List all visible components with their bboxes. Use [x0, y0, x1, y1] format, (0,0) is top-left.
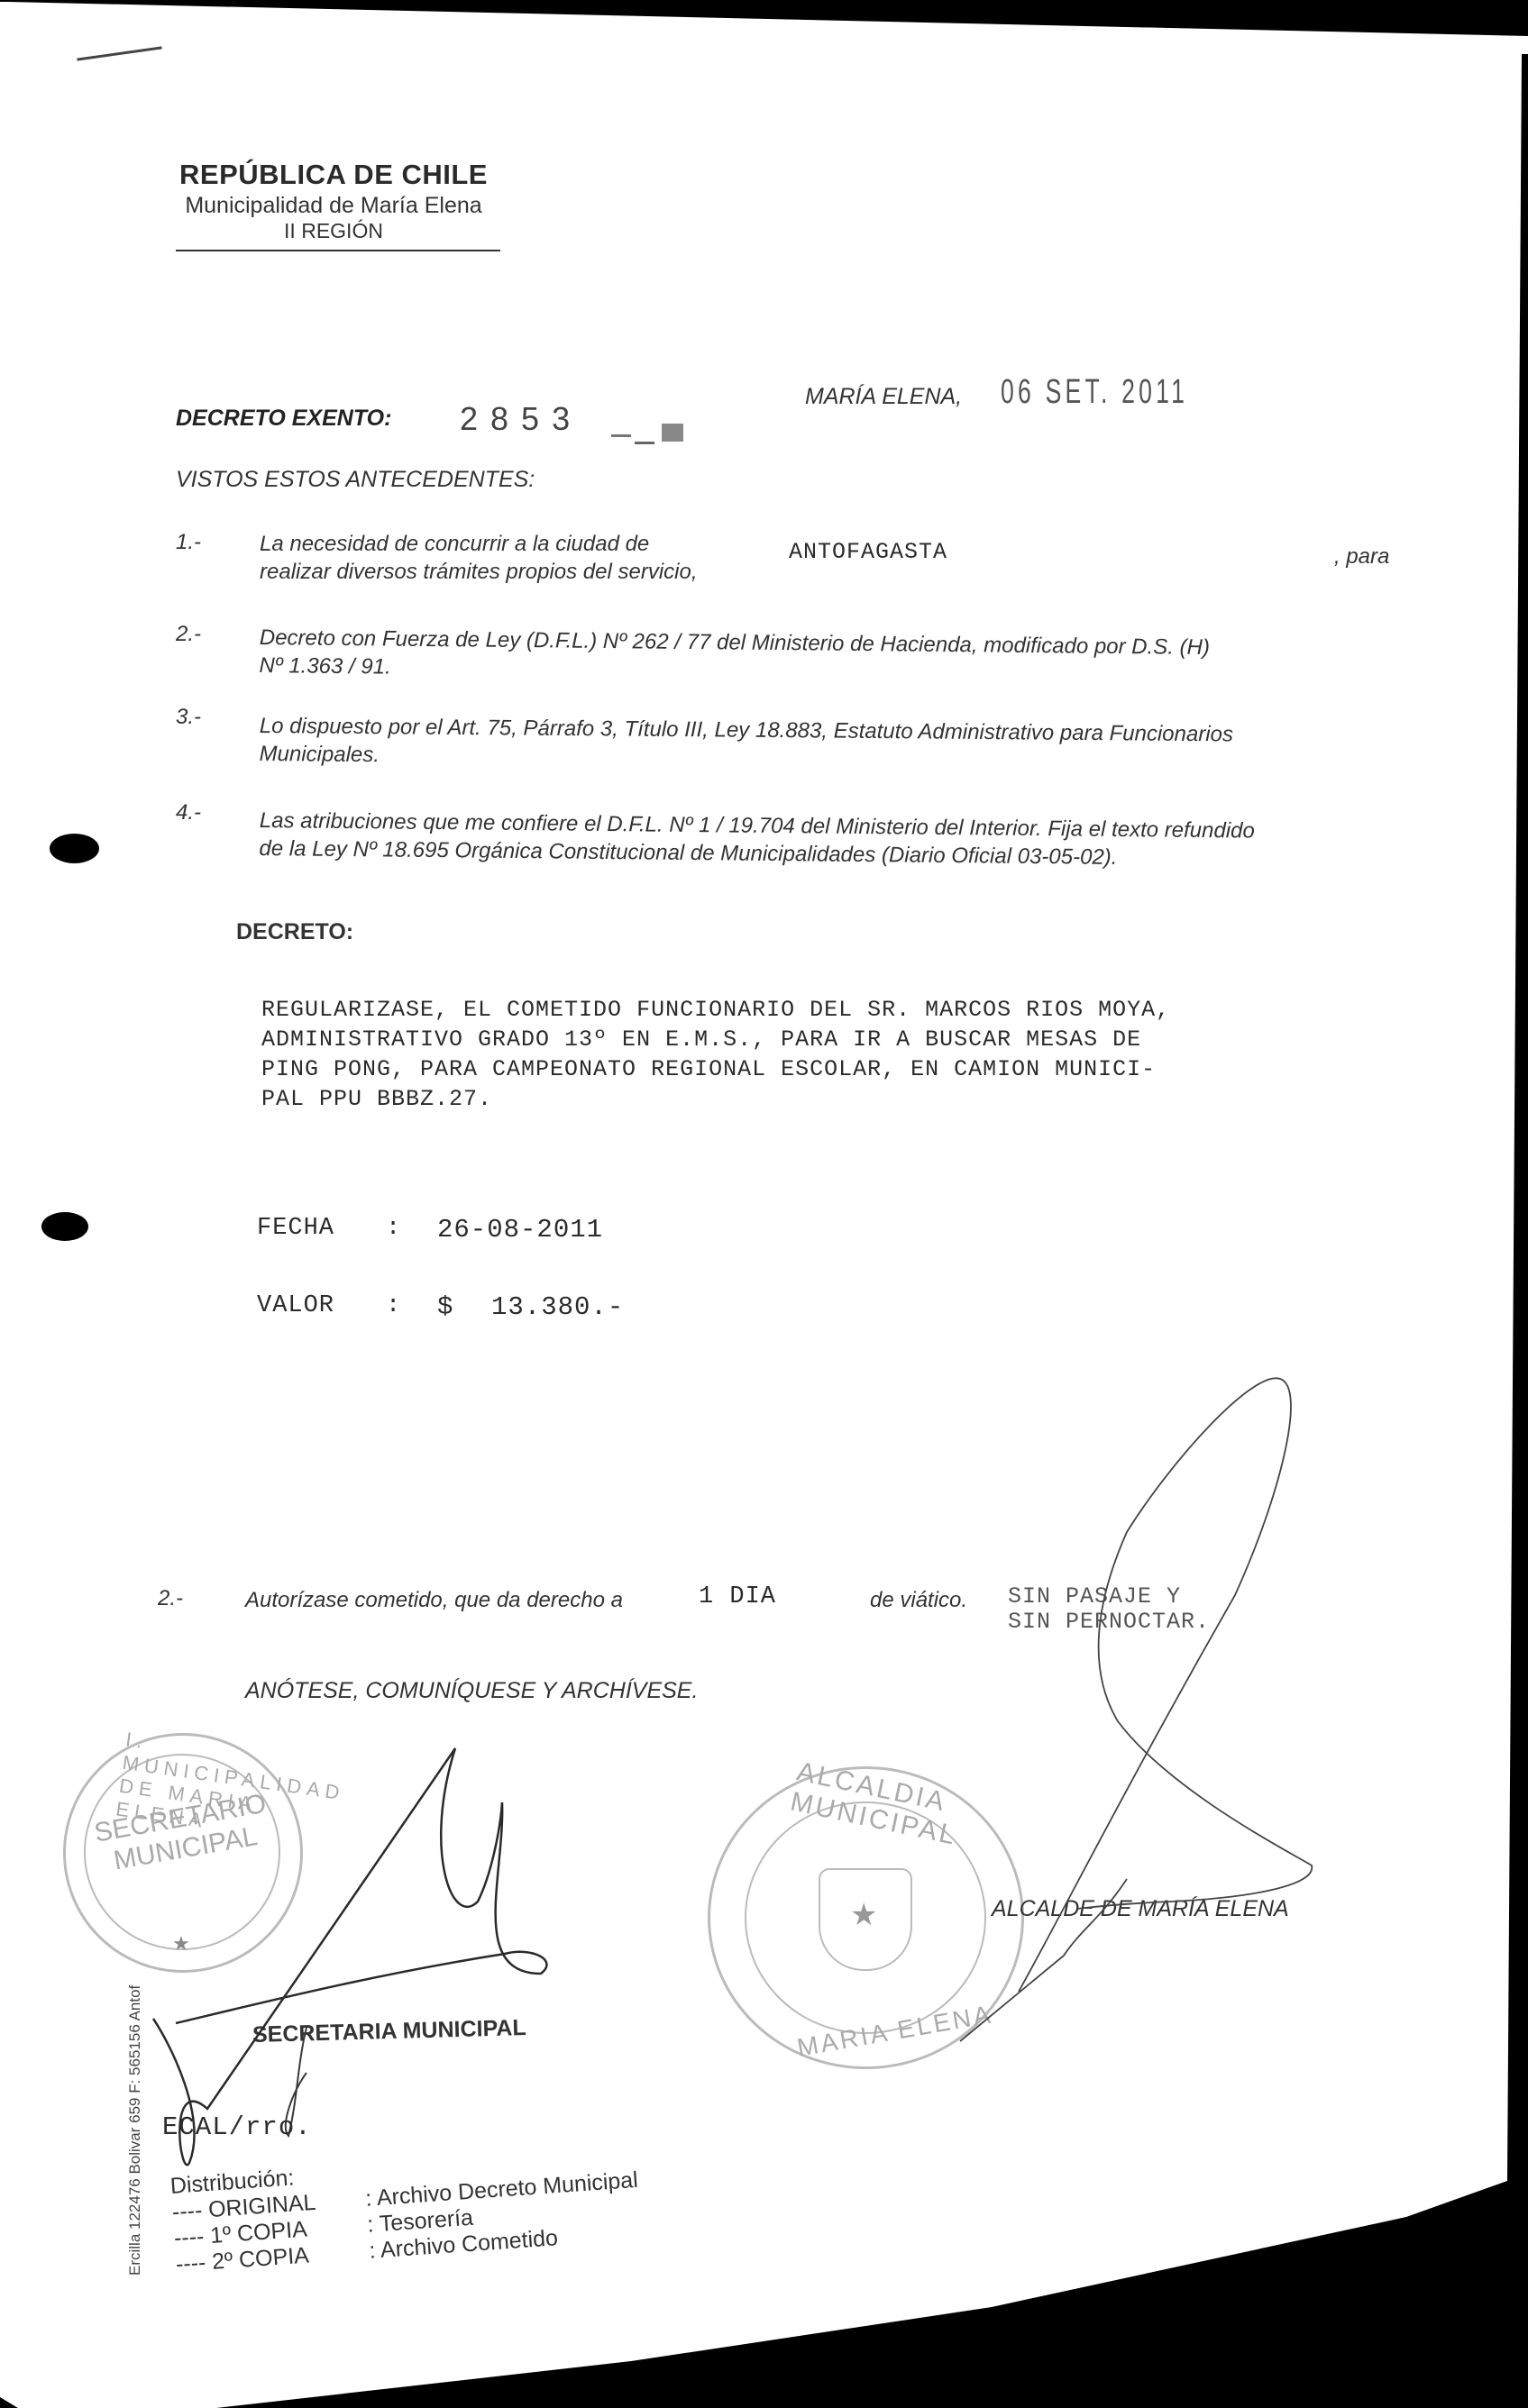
document-page: REPÚBLICA DE CHILE Municipalidad de Marí…	[0, 0, 1528, 2408]
typist-initials: ECAL/rro.	[162, 2112, 312, 2142]
printer-imprint: Ercilla 122476 Bolivar 659 F: 565156 Ant…	[126, 1985, 144, 2276]
handwritten-signatures	[0, 0, 1528, 2408]
